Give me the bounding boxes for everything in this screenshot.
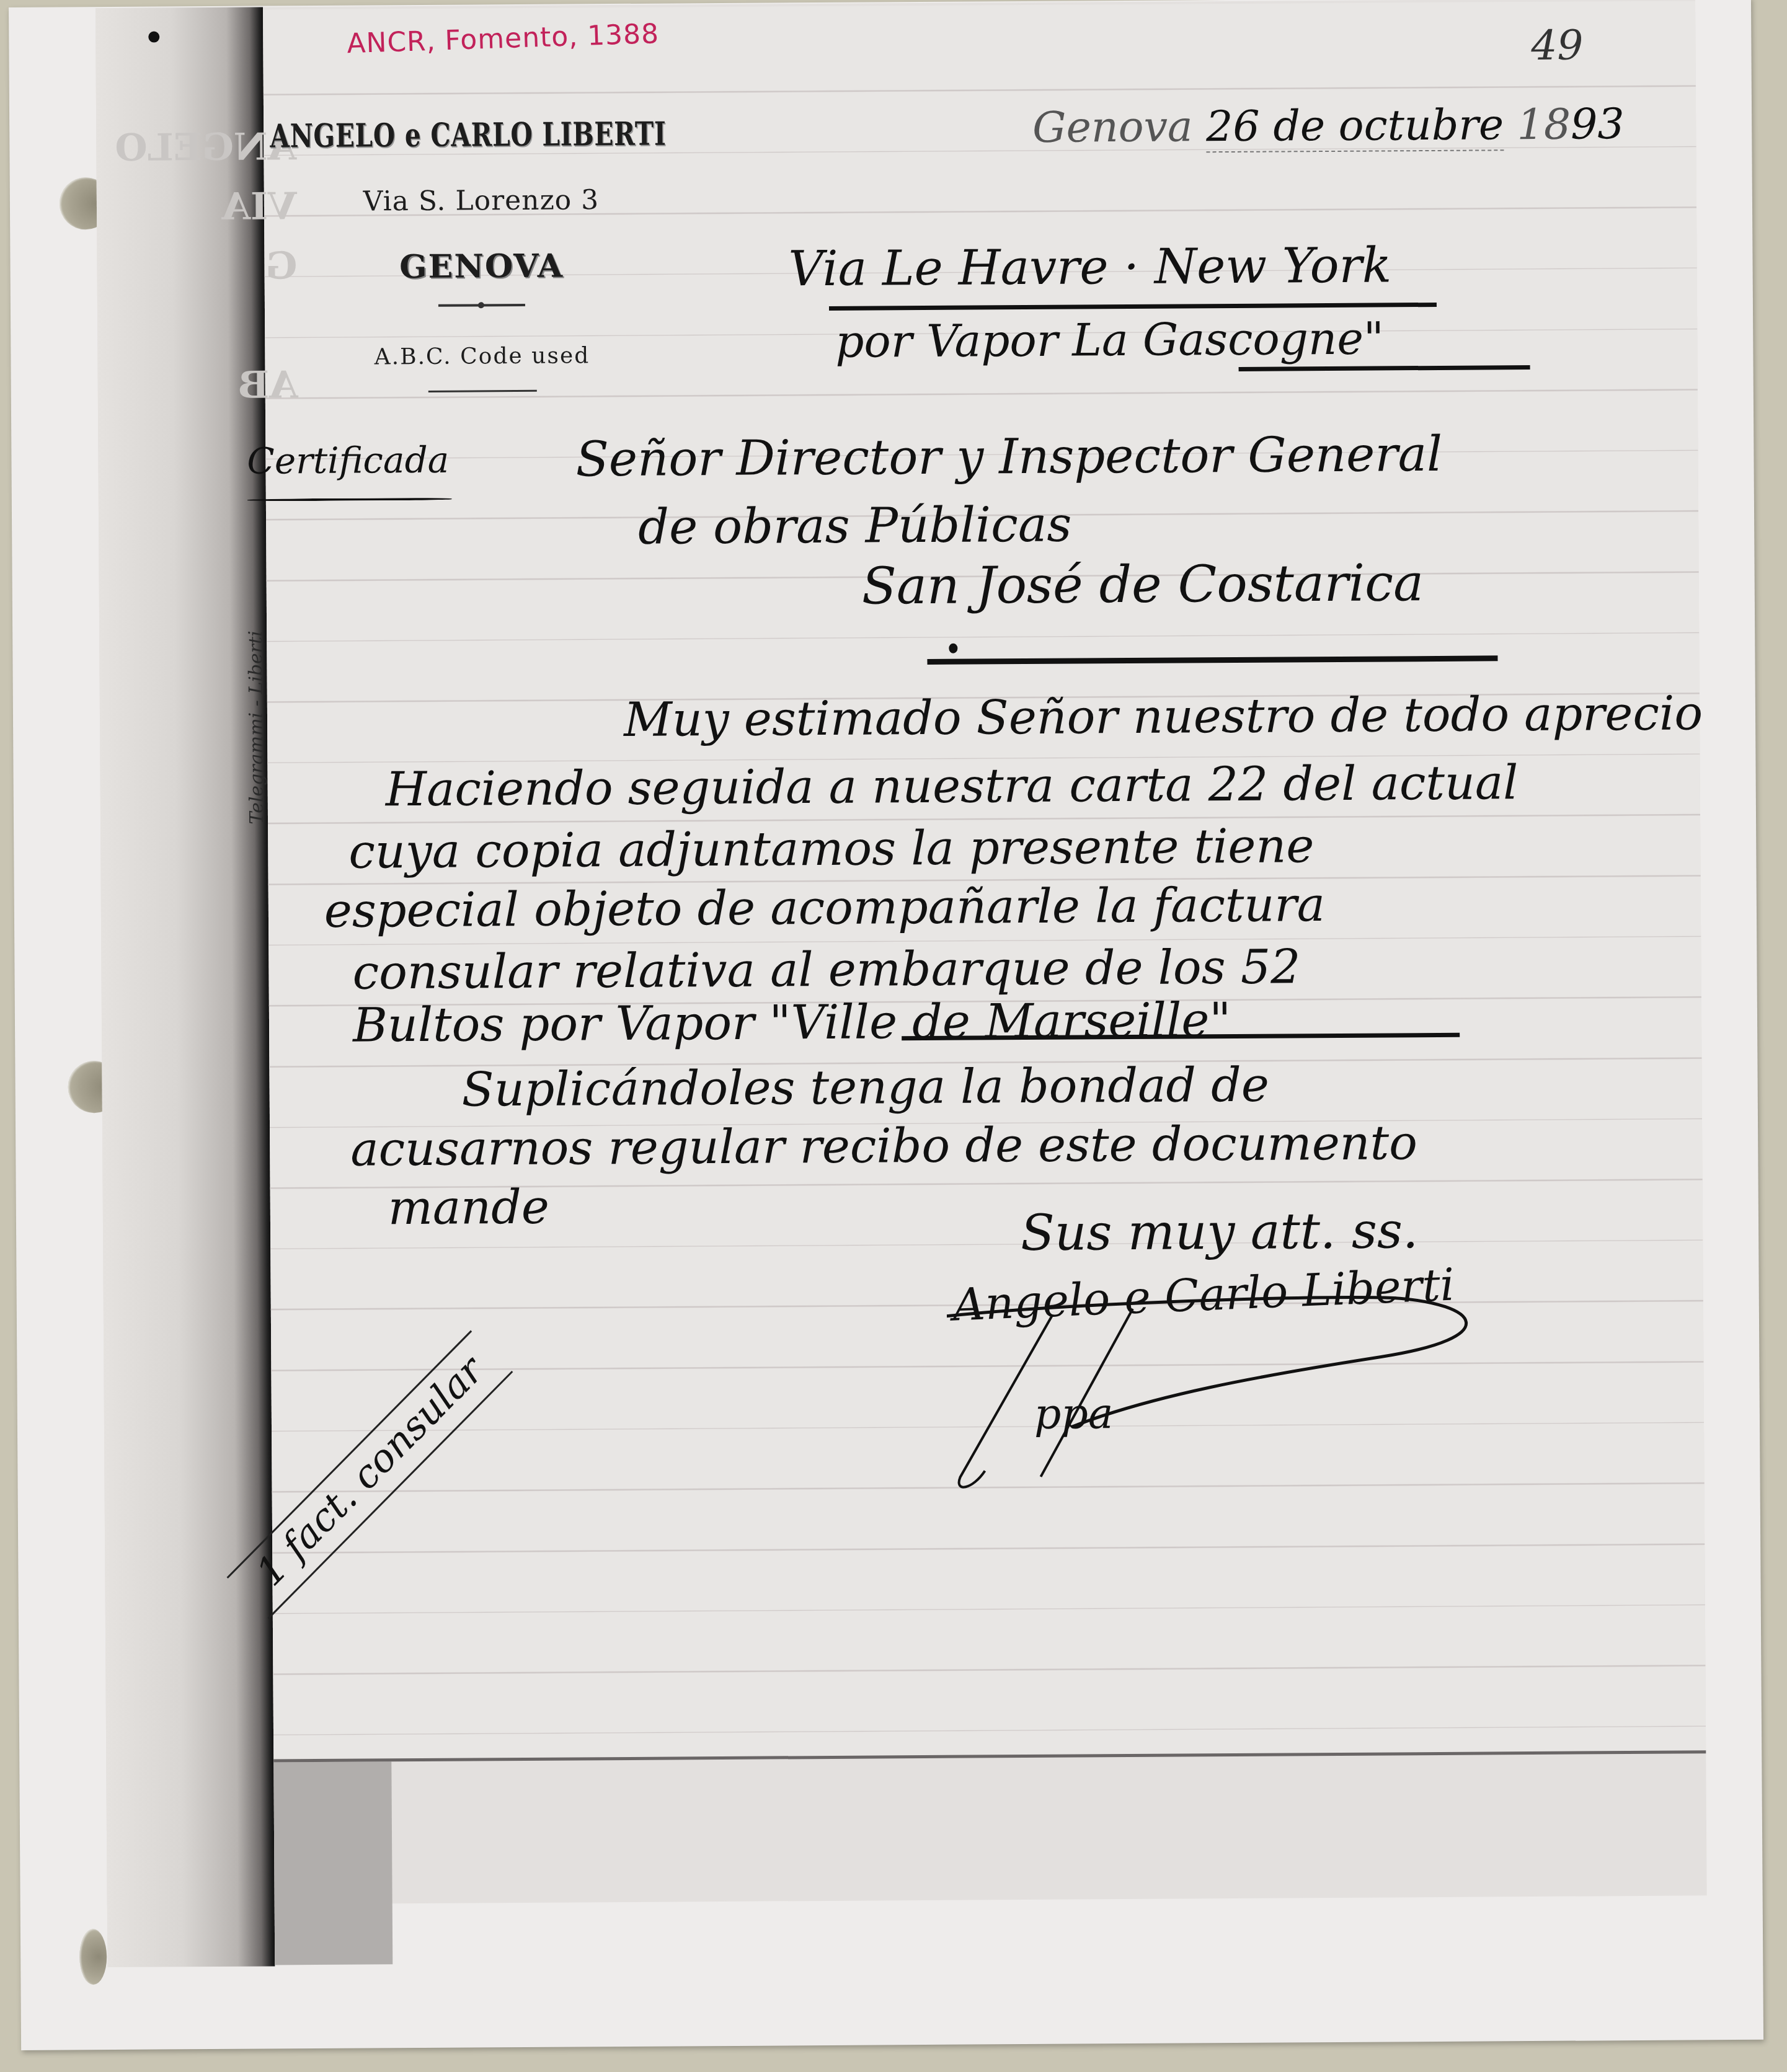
- body-line: consular relativa al embarque de los 52: [352, 939, 1301, 999]
- ink-dot: [148, 32, 159, 43]
- body-line: cuya copia adjuntamos la presente tiene: [348, 818, 1315, 879]
- addressee-line-3: San José de Costarica: [861, 554, 1424, 616]
- signature-initials: ppa: [1034, 1389, 1114, 1439]
- binding-edge-text: Telegrammi - Liberti: [245, 626, 271, 824]
- handwritten-year: 93: [1571, 100, 1625, 149]
- vessel-name: La Gascogne": [1072, 312, 1384, 366]
- addressee-line-1: Señor Director y Inspector General: [575, 427, 1442, 488]
- letterhead: ANGELO e CARLO LIBERTI Via S. Lorenzo 3 …: [270, 115, 693, 393]
- body-line: mande: [388, 1179, 549, 1236]
- routing-line: Via Le Havre · New York: [788, 237, 1391, 297]
- ornamental-rule: [438, 304, 525, 307]
- binding-shadow-strip: [273, 1753, 392, 1965]
- valediction: Sus muy att. ss.: [1021, 1202, 1419, 1262]
- company-name: ANGELO e CARLO LIBERTI: [270, 115, 599, 155]
- body-line: Muy estimado Señor nuestro de todo aprec…: [624, 685, 1703, 747]
- body-line: Suplicándoles tenga la bondad de: [461, 1057, 1269, 1117]
- body-line: acusarnos regular recibo de este documen…: [350, 1115, 1417, 1177]
- place-date-line: Genova 26 de octubre 1893: [1032, 100, 1625, 153]
- folio-number: 49: [1531, 21, 1583, 69]
- vessel-prefix: por Vapor: [835, 314, 1058, 368]
- body-line: Haciendo seguida a nuestra carta 22 del …: [385, 755, 1518, 817]
- telegraph-code: A.B.C. Code used: [271, 342, 693, 370]
- handwritten-date: 26 de octubre: [1206, 100, 1504, 153]
- address-dot: [949, 644, 957, 653]
- body-line: especial objeto de acompañarle la factur…: [324, 877, 1326, 938]
- company-city: GENOVA: [270, 246, 692, 286]
- body-line: Bultos por Vapor "Ville de Marseille": [353, 992, 1231, 1053]
- certified-margin-note: Certificada: [247, 439, 449, 482]
- printed-year-prefix: 18: [1517, 100, 1571, 150]
- addressee-line-2: de obras Públicas: [638, 497, 1072, 556]
- vessel-line: por Vapor La Gascogne": [835, 312, 1384, 367]
- punch-hole-bottom: [79, 1929, 107, 1985]
- company-address: Via S. Lorenzo 3: [270, 184, 692, 218]
- printout-sheet: ANGELOVIAGAB ANCR, Fomento, 1388 49 ANGE…: [9, 0, 1763, 2050]
- printed-place: Genova: [1032, 102, 1193, 153]
